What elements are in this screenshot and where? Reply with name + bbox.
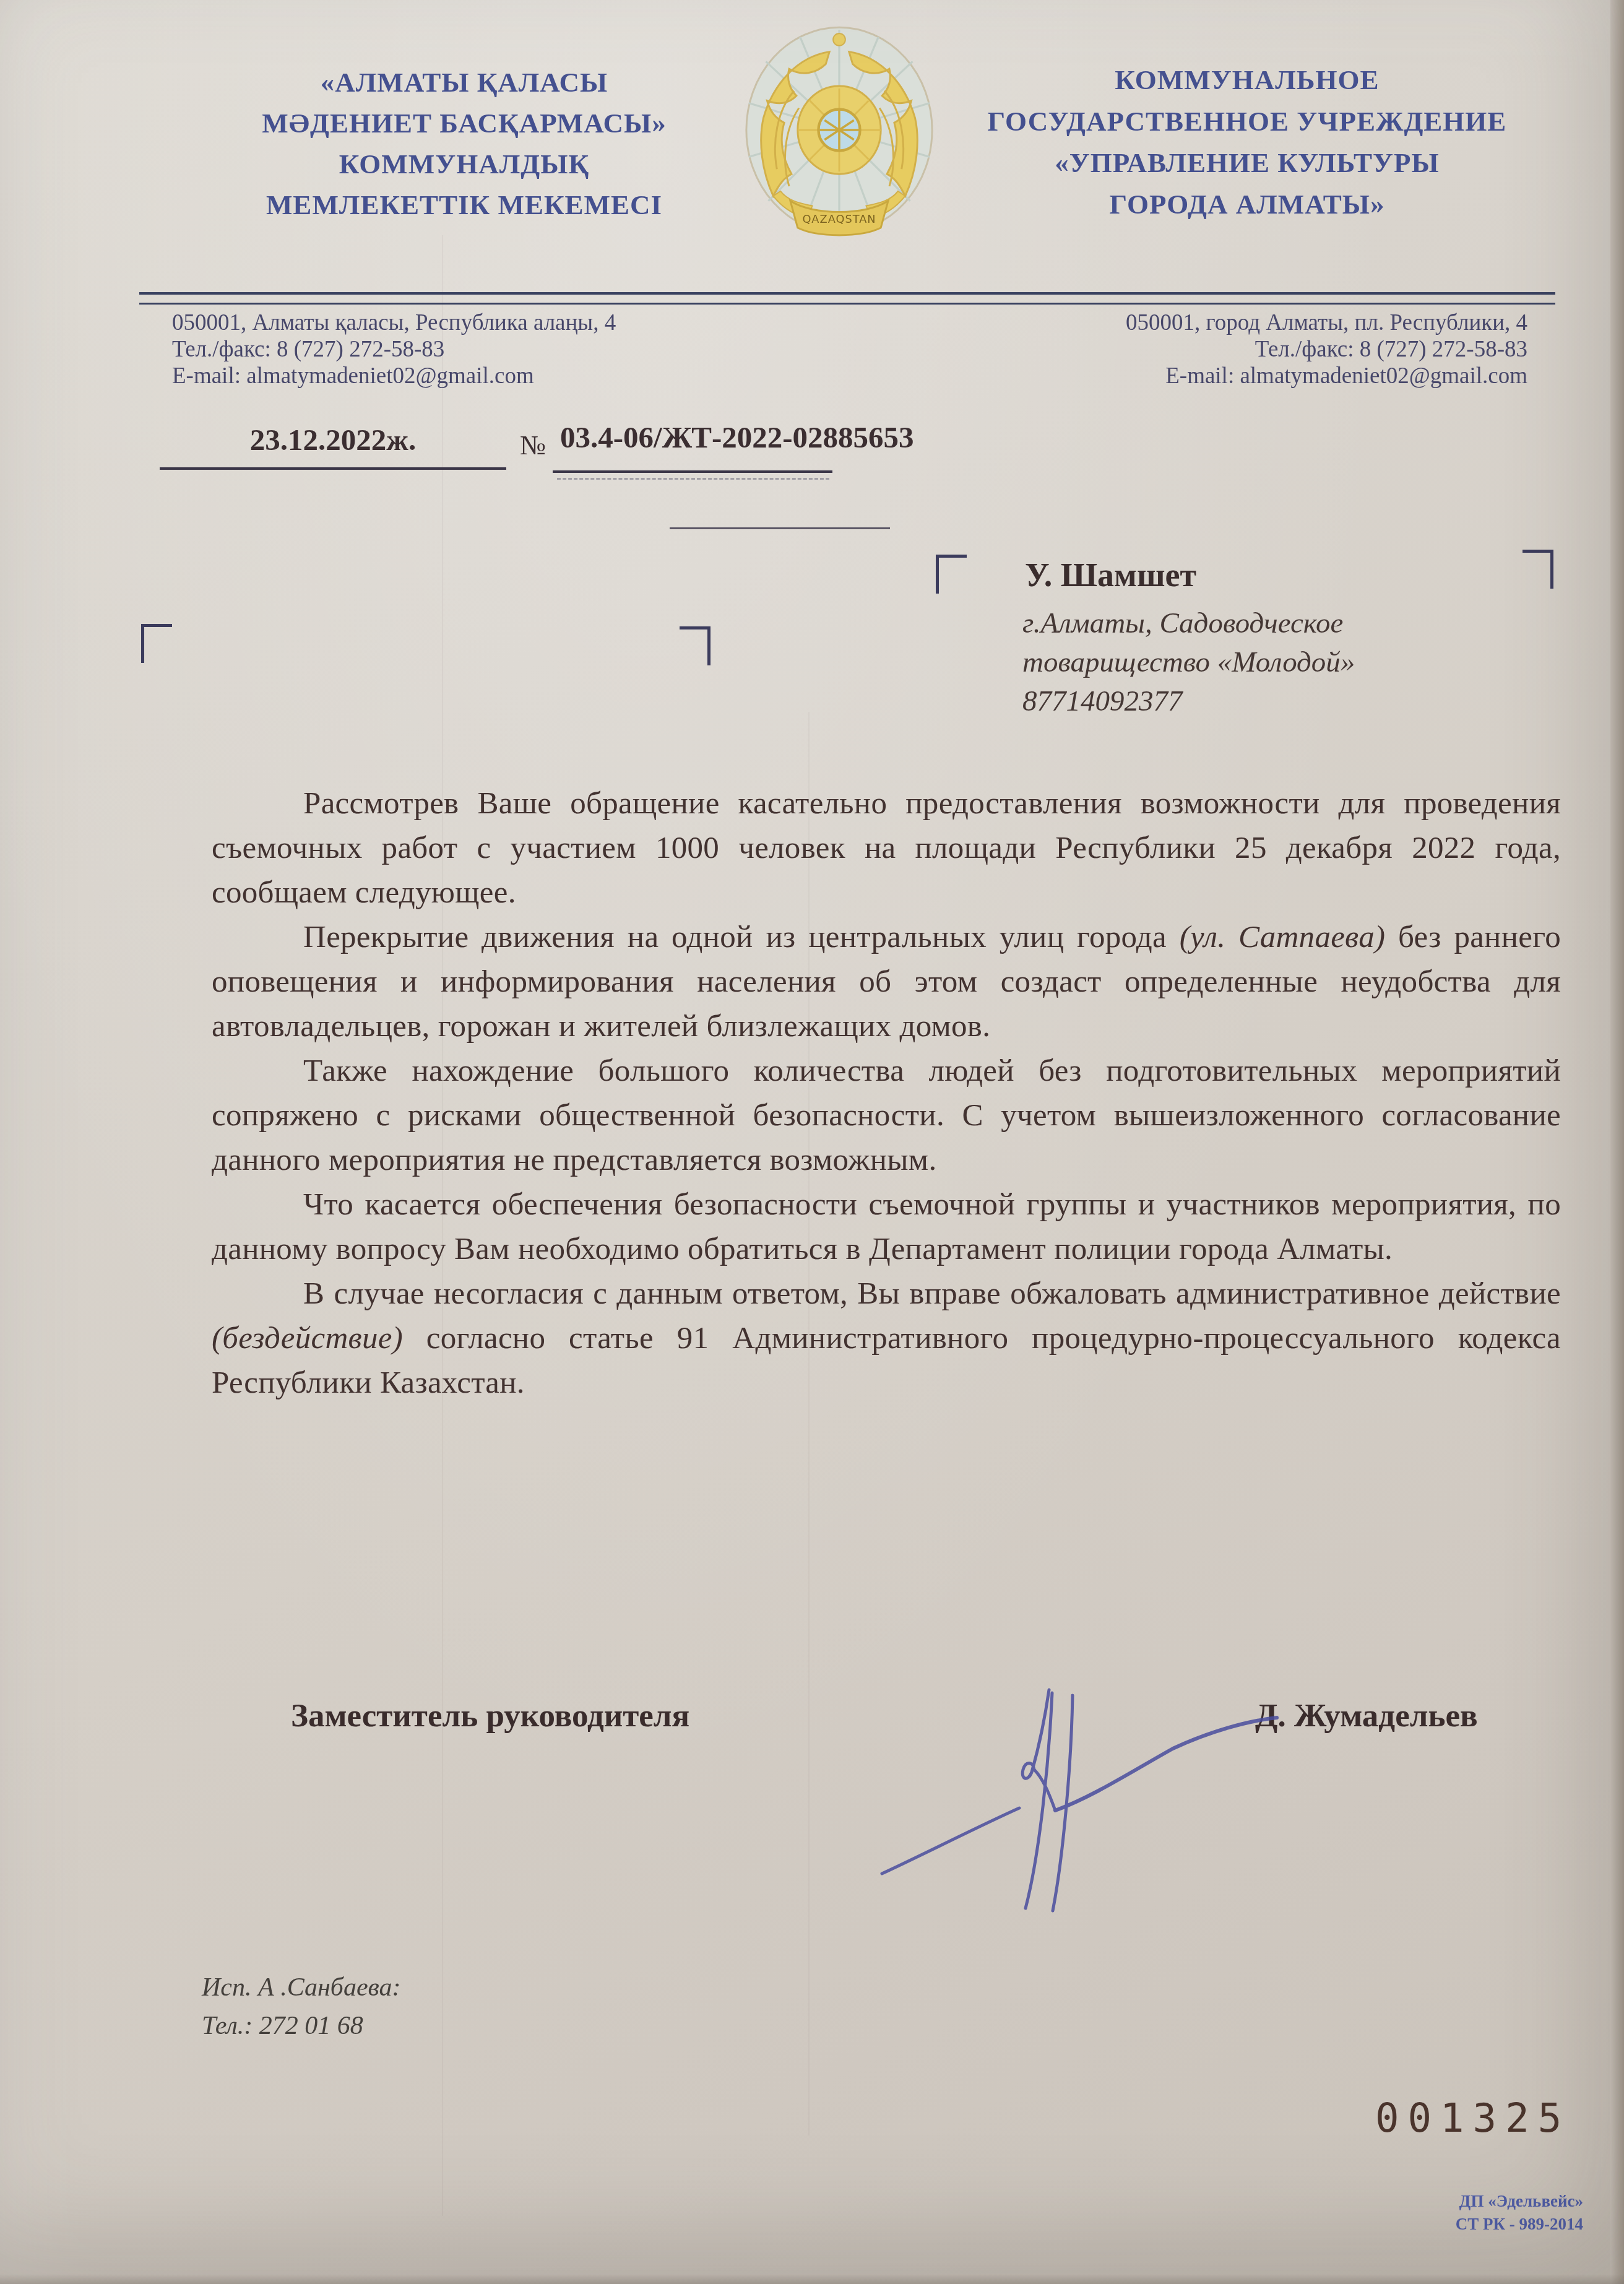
letter-body: Рассмотрев Ваше обращение касательно пре…: [212, 781, 1561, 1405]
number-underline-dashed: [557, 478, 829, 480]
body-text: согласно статье 91 Административного про…: [212, 1321, 1561, 1400]
org-name-russian: КОММУНАЛЬНОЕ ГОСУДАРСТВЕННОЕ УЧРЕЖДЕНИЕ …: [972, 59, 1522, 225]
paper-edge-shadow: [0, 2274, 1624, 2284]
crop-mark-icon: [141, 624, 172, 663]
org-name-kazakh: «АЛМАТЫ ҚАЛАСЫ МӘДЕНИЕТ БАСҚАРМАСЫ» КОММ…: [260, 62, 668, 225]
address-line: 050001, Алматы қаласы, Республика алаңы,…: [172, 309, 616, 336]
org-name-line: КОММУНАЛЬНОЕ: [972, 59, 1522, 101]
signer-title: Заместитель руководителя: [291, 1697, 689, 1734]
address-line: Тел./факс: 8 (727) 272-58-83: [172, 336, 616, 363]
print-note: ДП «Эдельвейс» СТ РК - 989-2014: [1456, 2190, 1583, 2236]
executor-line: Тел.: 272 01 68: [202, 2007, 400, 2045]
print-note-line: ДП «Эдельвейс»: [1456, 2190, 1583, 2213]
recipient-address-line: 87714092377: [1022, 682, 1542, 721]
emblem-star: [833, 33, 845, 46]
short-rule: [670, 527, 890, 529]
body-paragraph: Что касается обеспечения безопасности съ…: [212, 1182, 1561, 1271]
header-divider: [139, 292, 1555, 305]
org-name-line: МӘДЕНИЕТ БАСҚАРМАСЫ»: [260, 103, 668, 144]
address-block-kazakh: 050001, Алматы қаласы, Республика алаңы,…: [172, 309, 616, 389]
org-name-line: ГОСУДАРСТВЕННОЕ УЧРЕЖДЕНИЕ: [972, 101, 1522, 142]
body-text: Перекрытие движения на одной из централь…: [303, 920, 1180, 954]
recipient-address-line: г.Алматы, Садоводческое: [1022, 604, 1542, 643]
letter-date: 23.12.2022ж.: [160, 422, 506, 470]
address-line: Тел./факс: 8 (727) 272-58-83: [1126, 336, 1527, 363]
body-text: В случае несогласия с данным ответом, Вы…: [303, 1276, 1561, 1311]
body-paragraph: Также нахождение большого количества люд…: [212, 1049, 1561, 1182]
paper-edge-shadow: [1610, 0, 1624, 2284]
org-name-line: КОММУНАЛДЫҚ: [260, 144, 668, 184]
body-text-italic: (бездействие): [212, 1321, 403, 1356]
emblem-banner-text: QAZAQSTAN: [802, 214, 876, 226]
recipient-address-line: товарищество «Молодой»: [1022, 643, 1542, 682]
print-note-line: СТ РК - 989-2014: [1456, 2213, 1583, 2236]
address-block-russian: 050001, город Алматы, пл. Республики, 4 …: [1126, 309, 1527, 389]
letter-number: 03.4-06/ЖТ-2022-02885653: [560, 420, 914, 455]
recipient-block: У. Шамшет г.Алматы, Садоводческое товари…: [1022, 556, 1542, 721]
body-text-italic: (ул. Сатпаева): [1180, 920, 1386, 954]
executor-line: Исп. А .Санбаева:: [202, 1968, 400, 2007]
body-paragraph: Рассмотрев Ваше обращение касательно пре…: [212, 781, 1561, 915]
handwritten-signature-icon: [863, 1656, 1297, 1922]
crop-mark-icon: [936, 555, 967, 594]
address-line: E-mail: almatymadeniet02@gmail.com: [172, 363, 616, 389]
number-sign: №: [520, 430, 546, 461]
crop-mark-icon: [680, 626, 710, 665]
org-name-line: ГОРОДА АЛМАТЫ»: [972, 184, 1522, 225]
address-line: E-mail: almatymadeniet02@gmail.com: [1126, 363, 1527, 389]
body-paragraph: В случае несогласия с данным ответом, Вы…: [212, 1271, 1561, 1405]
kazakhstan-state-emblem-icon: QAZAQSTAN: [741, 21, 937, 244]
org-name-line: МЕМЛЕКЕТТІК МЕКЕМЕСІ: [260, 184, 668, 225]
executor-block: Исп. А .Санбаева: Тел.: 272 01 68: [202, 1968, 400, 2045]
recipient-name: У. Шамшет: [1025, 556, 1542, 594]
address-line: 050001, город Алматы, пл. Республики, 4: [1126, 309, 1527, 336]
org-name-line: «АЛМАТЫ ҚАЛАСЫ: [260, 62, 668, 103]
org-name-line: «УПРАВЛЕНИЕ КУЛЬТУРЫ: [972, 142, 1522, 184]
scanned-letter-page: «АЛМАТЫ ҚАЛАСЫ МӘДЕНИЕТ БАСҚАРМАСЫ» КОММ…: [0, 0, 1624, 2284]
form-number-stamp: 001325: [1375, 2096, 1570, 2142]
body-paragraph: Перекрытие движения на одной из централь…: [212, 915, 1561, 1049]
